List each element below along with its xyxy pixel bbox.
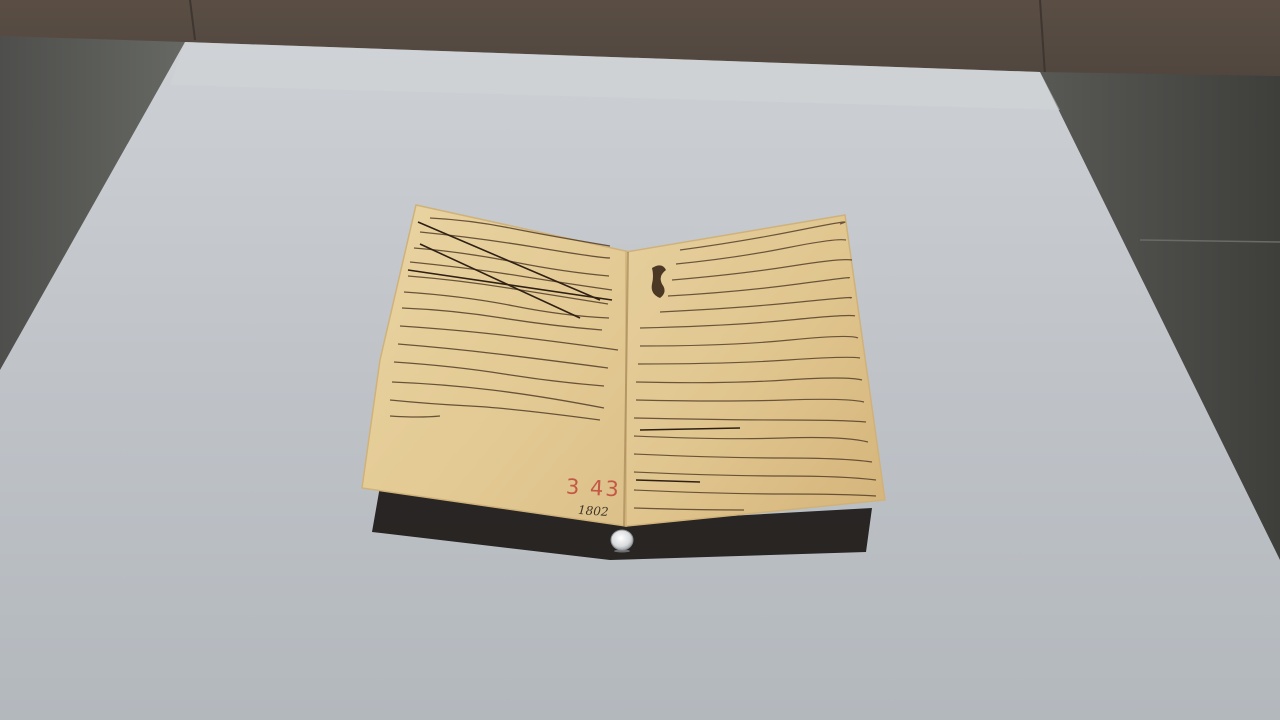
manuscript-right-page: [626, 215, 885, 526]
year-note: 1802: [578, 503, 609, 519]
museum-display-scene: 3 43 1802: [0, 0, 1280, 720]
glass-dome-holder: [611, 530, 633, 550]
scene-graphic: [0, 0, 1280, 720]
catalog-mark: 3 43: [565, 475, 621, 502]
